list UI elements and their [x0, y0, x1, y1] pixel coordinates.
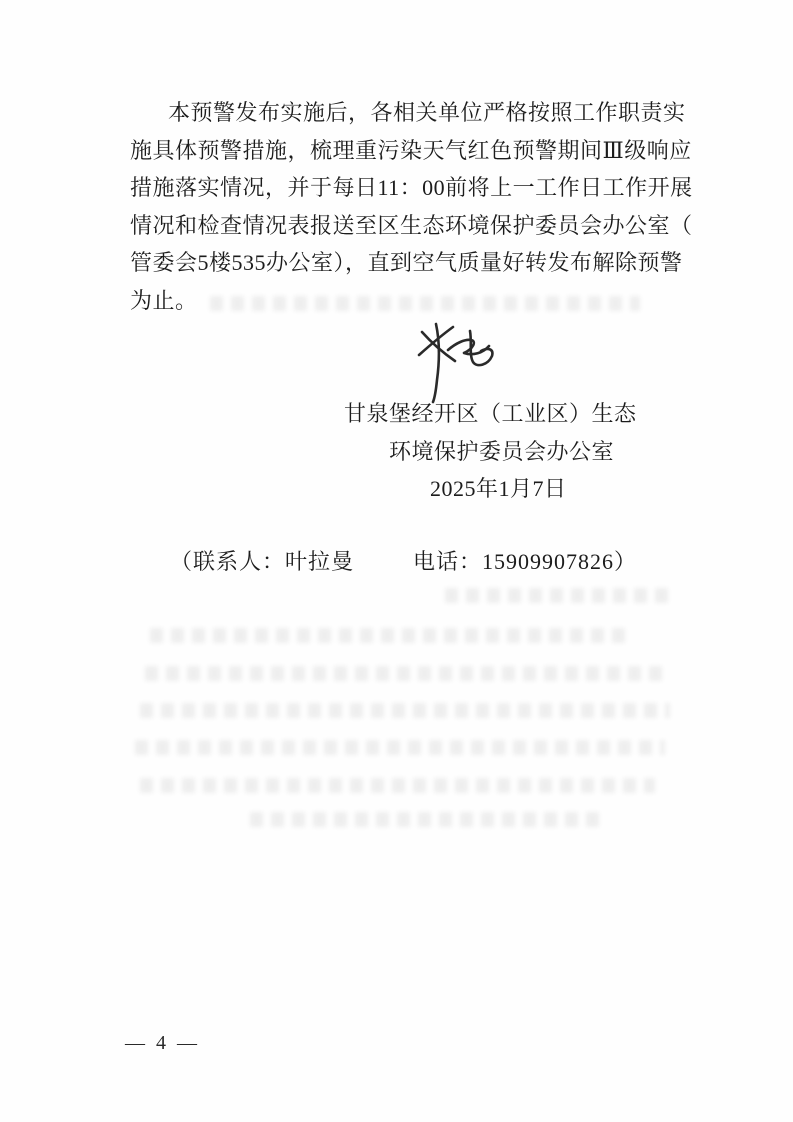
paragraph-line: 情况和检查情况表报送至区生态环境保护委员会办公室（ — [130, 207, 670, 245]
document-page: 本预警发布实施后，各相关单位严格按照工作职责实 施具体预警措施，梳理重污染天气红… — [0, 0, 793, 1122]
bleed-through-artifact — [140, 703, 670, 718]
bleed-through-artifact — [135, 740, 665, 755]
paragraph-line: 为止。 — [130, 282, 670, 320]
paragraph-line: 管委会5楼535办公室），直到空气质量好转发布解除预警 — [130, 244, 670, 282]
signature-strokes — [412, 320, 512, 405]
handwritten-signature — [412, 320, 512, 405]
org-name-line-1: 甘泉堡经开区（工业区）生态 — [344, 397, 637, 428]
contact-person: （联系人：叶拉曼 — [170, 545, 354, 576]
page-number: — 4 — — [125, 1032, 200, 1055]
bleed-through-artifact — [145, 666, 665, 681]
bleed-through-artifact — [150, 628, 630, 643]
bleed-through-artifact — [250, 812, 600, 827]
signoff-date: 2025年1月7日 — [430, 472, 567, 503]
paragraph-line: 措施落实情况，并于每日11：00前将上一工作日工作开展 — [130, 169, 670, 207]
body-paragraph: 本预警发布实施后，各相关单位严格按照工作职责实 施具体预警措施，梳理重污染天气红… — [130, 94, 670, 319]
org-name-line-2: 环境保护委员会办公室 — [389, 435, 614, 466]
paragraph-line: 本预警发布实施后，各相关单位严格按照工作职责实 — [130, 94, 670, 132]
bleed-through-artifact — [140, 778, 655, 793]
contact-line: （联系人：叶拉曼 电话：15909907826） — [0, 545, 793, 573]
paragraph-line: 施具体预警措施，梳理重污染天气红色预警期间Ⅲ级响应 — [130, 132, 670, 170]
contact-phone: 电话：15909907826） — [413, 545, 637, 576]
bleed-through-artifact — [445, 588, 675, 603]
